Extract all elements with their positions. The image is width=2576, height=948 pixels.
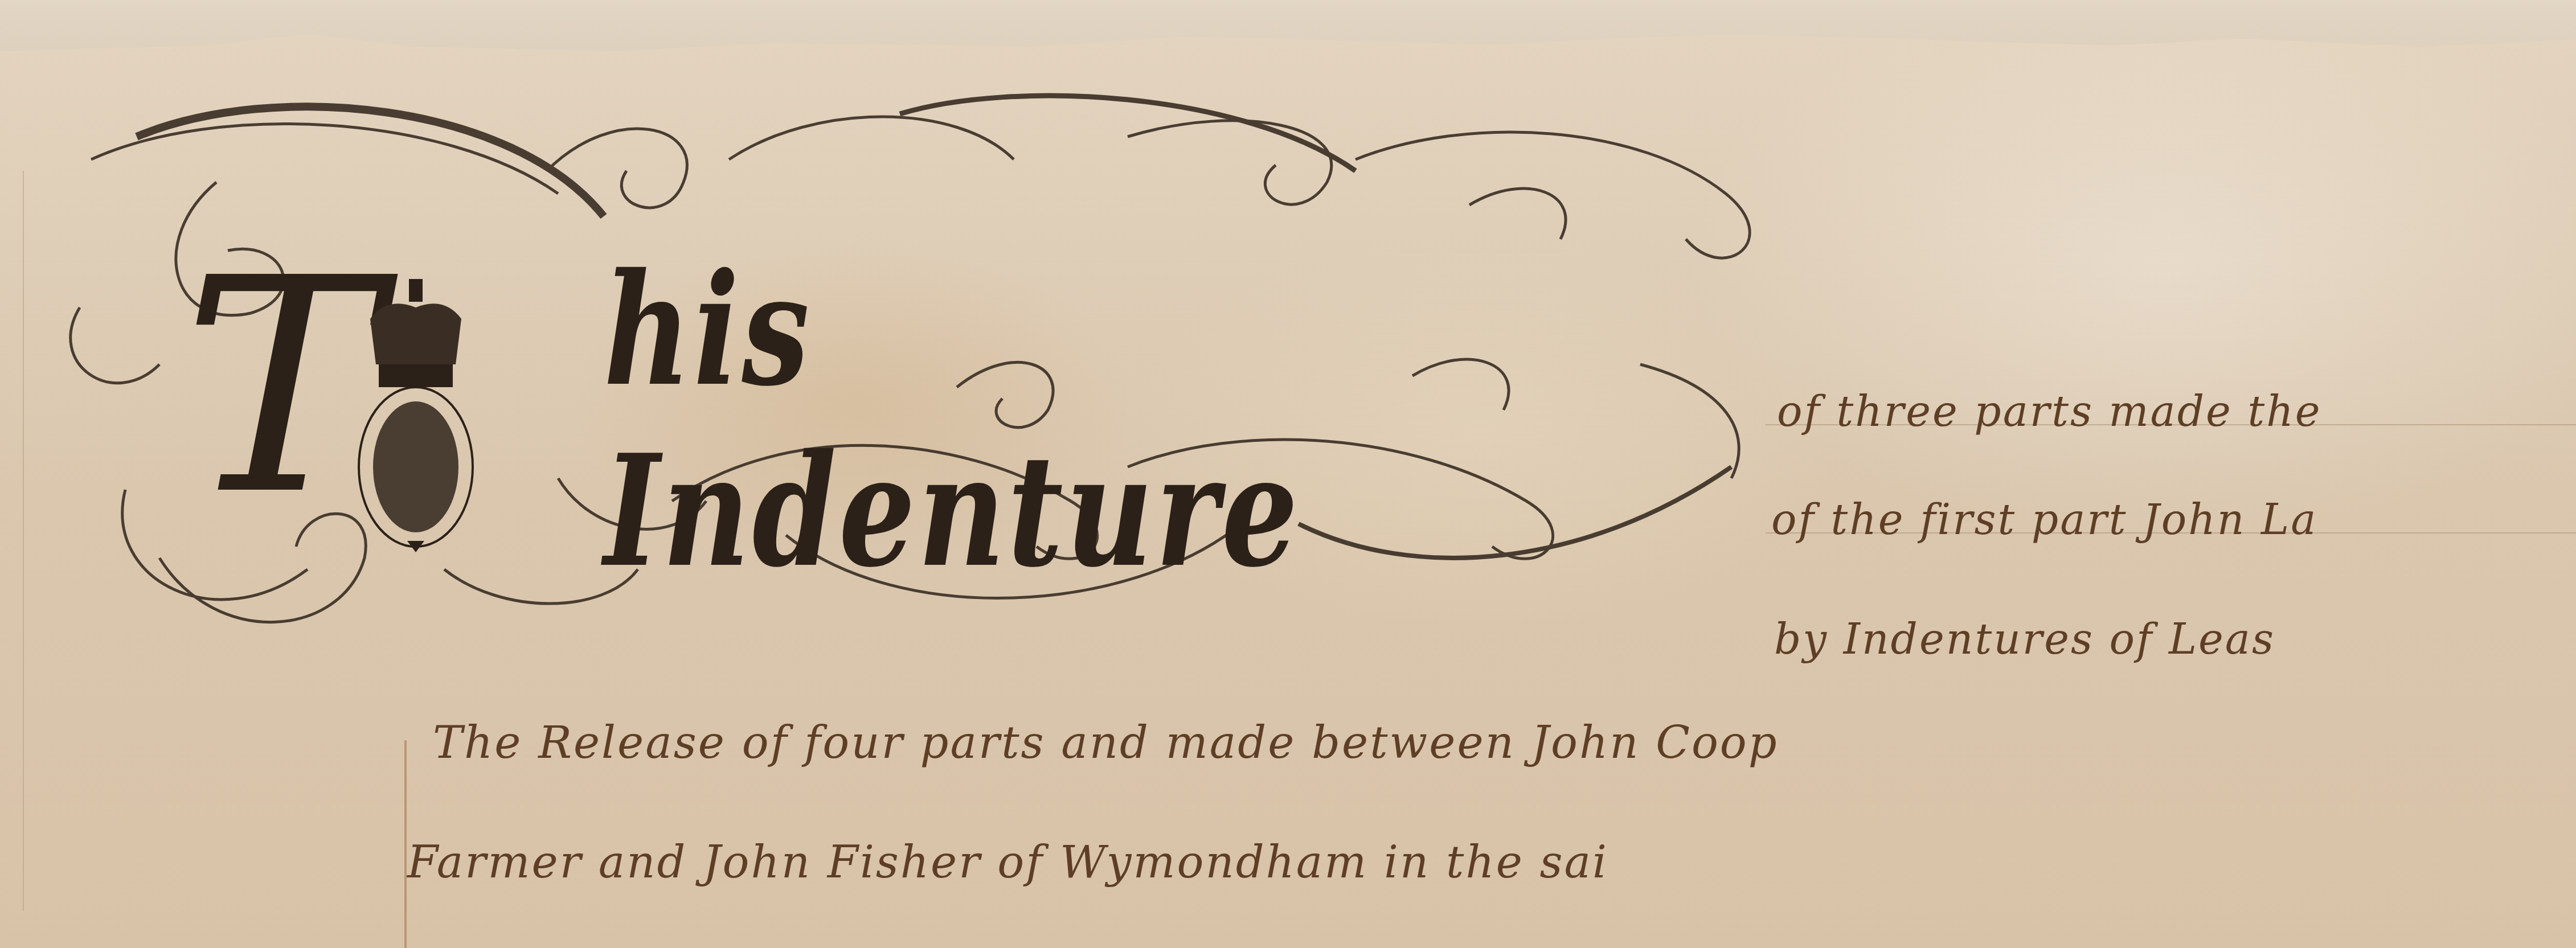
document-line-3: by Indentures of Leas: [1774, 615, 2275, 664]
document-line-2: of the first part John La: [1771, 495, 2317, 544]
heading-title: his Indenture: [604, 239, 1510, 601]
decorative-heading: T his Indenture: [46, 68, 1766, 695]
left-margin-rule: [23, 171, 24, 911]
document-line-1: of three parts made the: [1777, 387, 2322, 436]
royal-crest-icon: [353, 279, 478, 552]
margin-rule: [404, 740, 407, 948]
document-line-5: Farmer and John Fisher of Wymondham in t…: [407, 837, 1608, 888]
document-line-4: The Release of four parts and made betwe…: [433, 717, 1779, 769]
heading-initial: T: [182, 239, 380, 535]
